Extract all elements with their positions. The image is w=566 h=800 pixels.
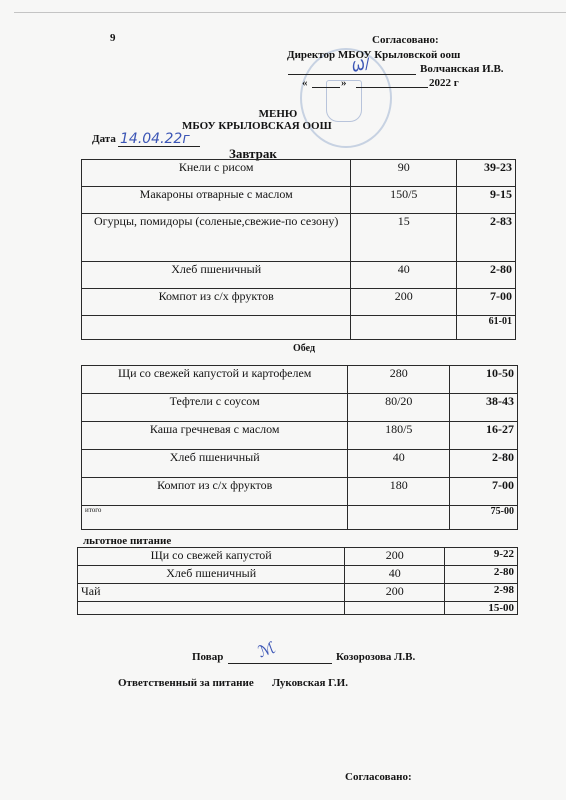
dish-weight: 200 <box>345 584 445 602</box>
dish-price: 2-80 <box>445 566 518 584</box>
section-lunch-title: Обед <box>293 343 315 354</box>
dish-price: 39-23 <box>457 160 516 187</box>
table-row: Щи со свежей капустой2009-22 <box>78 548 518 566</box>
date-value: 14.04.22г <box>120 131 190 147</box>
table-row: Тефтели с соусом80/2038-43 <box>82 394 518 422</box>
dish-weight: 180/5 <box>348 422 450 450</box>
section-benefit-title: льготное питание <box>83 535 171 547</box>
dish-price: 9-15 <box>457 187 516 214</box>
approval-position: Директор МБОУ Крыловской оош <box>287 49 460 61</box>
cook-signature: ℳ <box>255 638 278 662</box>
dish-price: 2-98 <box>445 584 518 602</box>
dish-weight: 40 <box>351 262 457 289</box>
dish-price: 16-27 <box>450 422 518 450</box>
dish-weight: 150/5 <box>351 187 457 214</box>
dish-name: Хлеб пшеничный <box>78 566 345 584</box>
total-label <box>82 316 351 340</box>
dish-name: Хлеб пшеничный <box>82 262 351 289</box>
dish-name: Огурцы, помидоры (соленые,свежие-по сезо… <box>82 214 351 262</box>
approval-day-blank <box>312 87 340 88</box>
cook-label: Повар <box>192 651 223 663</box>
dish-price: 2-80 <box>457 262 516 289</box>
scan-edge-line <box>14 12 566 13</box>
approval-name: Волчанская И.В. <box>420 63 504 75</box>
table-row: Компот из с/х фруктов2007-00 <box>82 289 516 316</box>
dish-weight: 180 <box>348 478 450 506</box>
lunch-table: Щи со свежей капустой и картофелем28010-… <box>81 365 518 530</box>
dish-name: Щи со свежей капустой и картофелем <box>82 366 348 394</box>
approval-date-close-quote: » <box>341 77 347 89</box>
date-label: Дата <box>92 133 116 145</box>
dish-price: 9-22 <box>445 548 518 566</box>
dish-price: 7-00 <box>450 478 518 506</box>
dish-name: Щи со свежей капустой <box>78 548 345 566</box>
dish-name: Хлеб пшеничный <box>82 450 348 478</box>
dish-price: 38-43 <box>450 394 518 422</box>
approval-month-blank <box>356 87 428 88</box>
total-label <box>78 602 345 615</box>
total-row: 61-01 <box>82 316 516 340</box>
table-row: Хлеб пшеничный402-80 <box>82 450 518 478</box>
responsible-label: Ответственный за питание <box>118 677 254 689</box>
dish-name: Кнели с рисом <box>82 160 351 187</box>
total-weight-empty <box>348 506 450 530</box>
dish-weight: 40 <box>348 450 450 478</box>
table-row: Компот из с/х фруктов1807-00 <box>82 478 518 506</box>
total-price: 75-00 <box>450 506 518 530</box>
dish-weight: 80/20 <box>348 394 450 422</box>
dish-weight: 40 <box>345 566 445 584</box>
dish-price: 10-50 <box>450 366 518 394</box>
dish-weight: 200 <box>345 548 445 566</box>
total-price: 61-01 <box>457 316 516 340</box>
approval-signature-line <box>288 74 416 75</box>
total-price: 15-00 <box>445 602 518 615</box>
approval-year: 2022 г <box>429 77 459 89</box>
menu-title: МЕНЮ <box>228 108 328 120</box>
total-row: итого75-00 <box>82 506 518 530</box>
total-weight-empty <box>345 602 445 615</box>
breakfast-table: Кнели с рисом9039-23Макароны отварные с … <box>81 159 516 340</box>
table-row: Макароны отварные с маслом150/59-15 <box>82 187 516 214</box>
dish-name: Макароны отварные с маслом <box>82 187 351 214</box>
dish-price: 7-00 <box>457 289 516 316</box>
total-row: 15-00 <box>78 602 518 615</box>
benefit-table: Щи со свежей капустой2009-22Хлеб пшеничн… <box>77 547 518 615</box>
table-row: Щи со свежей капустой и картофелем28010-… <box>82 366 518 394</box>
dish-price: 2-83 <box>457 214 516 262</box>
table-row: Кнели с рисом9039-23 <box>82 160 516 187</box>
total-label: итого <box>82 506 348 530</box>
cook-name: Козорозова Л.В. <box>336 651 415 663</box>
dish-name: Компот из с/х фруктов <box>82 478 348 506</box>
table-row: Огурцы, помидоры (соленые,свежие-по сезо… <box>82 214 516 262</box>
table-row: Хлеб пшеничный402-80 <box>78 566 518 584</box>
dish-name: Компот из с/х фруктов <box>82 289 351 316</box>
page-number: 9 <box>110 32 116 44</box>
bottom-approval-title: Согласовано: <box>345 771 412 783</box>
total-weight-empty <box>351 316 457 340</box>
responsible-name: Луковская Г.И. <box>272 677 348 689</box>
cook-signature-line <box>228 663 332 664</box>
table-row: Каша гречневая с маслом180/516-27 <box>82 422 518 450</box>
dish-price: 2-80 <box>450 450 518 478</box>
dish-weight: 200 <box>351 289 457 316</box>
official-stamp <box>300 48 392 148</box>
table-row: Чай2002-98 <box>78 584 518 602</box>
approval-title: Согласовано: <box>372 34 439 46</box>
dish-weight: 90 <box>351 160 457 187</box>
dish-name: Каша гречневая с маслом <box>82 422 348 450</box>
dish-weight: 280 <box>348 366 450 394</box>
dish-weight: 15 <box>351 214 457 262</box>
table-row: Хлеб пшеничный402-80 <box>82 262 516 289</box>
school-name: МБОУ КРЫЛОВСКАЯ ООШ <box>182 120 332 132</box>
dish-name: Чай <box>78 584 345 602</box>
approval-date-open-quote: « <box>302 77 308 89</box>
dish-name: Тефтели с соусом <box>82 394 348 422</box>
